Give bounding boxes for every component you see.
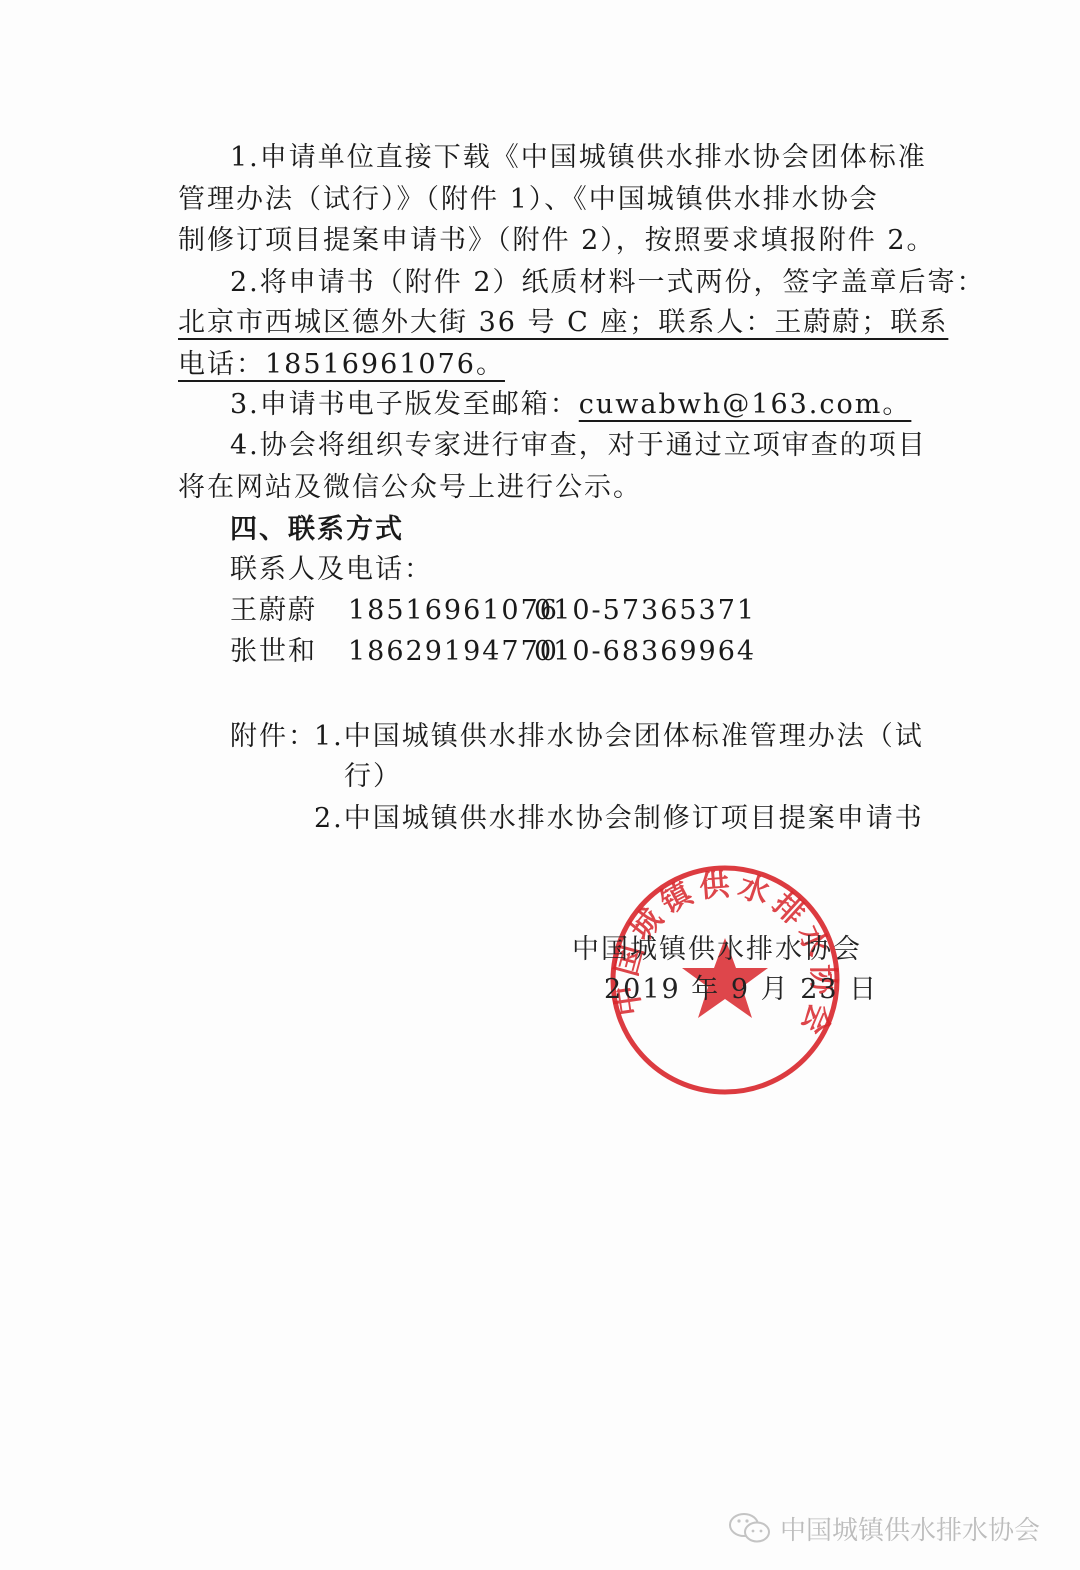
attachments-label: 附件： — [230, 717, 317, 757]
email-address[interactable]: cuwabwh@163.com。 — [579, 389, 912, 420]
contact-phone-number: 010-57365371 — [534, 591, 756, 631]
contact-row: 张世和18629194770010-68369964 — [230, 632, 756, 672]
signature-organization: 中国城镇供水排水协会 — [572, 930, 862, 970]
item-3-line: 3.申请书电子版发至邮箱：cuwabwh@163.com。 — [230, 385, 911, 425]
contact-row: 王蔚蔚18516961076010-57365371 — [230, 591, 756, 631]
email-label: 3.申请书电子版发至邮箱： — [230, 389, 579, 420]
wechat-watermark: 中国城镇供水排水协会 — [728, 1508, 1040, 1548]
item-4-line-1: 4.协会将组织专家进行审查，对于通过立项审查的项目 — [230, 426, 927, 466]
item-4-line-2: 将在网站及微信公众号上进行公示。 — [178, 468, 642, 508]
attachment-2: 2.中国城镇供水排水协会制修订项目提案申请书 — [314, 799, 924, 839]
wechat-icon — [728, 1511, 772, 1545]
watermark-text: 中国城镇供水排水协会 — [780, 1510, 1040, 1547]
item-2-line-1: 2.将申请书（附件 2）纸质材料一式两份，签字盖章后寄： — [230, 263, 986, 303]
contact-name: 张世和 — [230, 632, 348, 672]
item-1-line-2: 管理办法（试行）》（附件 1）、《中国城镇供水排水协会 — [178, 180, 879, 220]
contact-name: 王蔚蔚 — [230, 591, 348, 631]
contacts-label: 联系人及电话： — [230, 550, 433, 590]
attachment-1-line-2: 行） — [344, 757, 402, 797]
attachment-1-line-1: 1.中国城镇供水排水协会团体标准管理办法（试 — [314, 717, 924, 757]
document-page: 1.申请单位直接下载《中国城镇供水排水协会团体标准 管理办法（试行）》（附件 1… — [0, 0, 1080, 1570]
contact-phone: 电话：18516961076。 — [178, 345, 505, 385]
signature-date: 2019 年 9 月 23 日 — [604, 970, 878, 1010]
section-heading: 四、联系方式 — [230, 510, 404, 550]
item-1-line-1: 1.申请单位直接下载《中国城镇供水排水协会团体标准 — [230, 138, 927, 178]
mailing-address: 北京市西城区德外大街 36 号 C 座；联系人：王蔚蔚；联系 — [178, 303, 948, 343]
item-1-line-3: 制修订项目提案申请书》（附件 2），按照要求填报附件 2。 — [178, 221, 936, 261]
contact-mobile: 18629194770 — [348, 632, 534, 672]
contact-mobile: 18516961076 — [348, 591, 534, 631]
contact-phone-number: 010-68369964 — [534, 632, 756, 672]
